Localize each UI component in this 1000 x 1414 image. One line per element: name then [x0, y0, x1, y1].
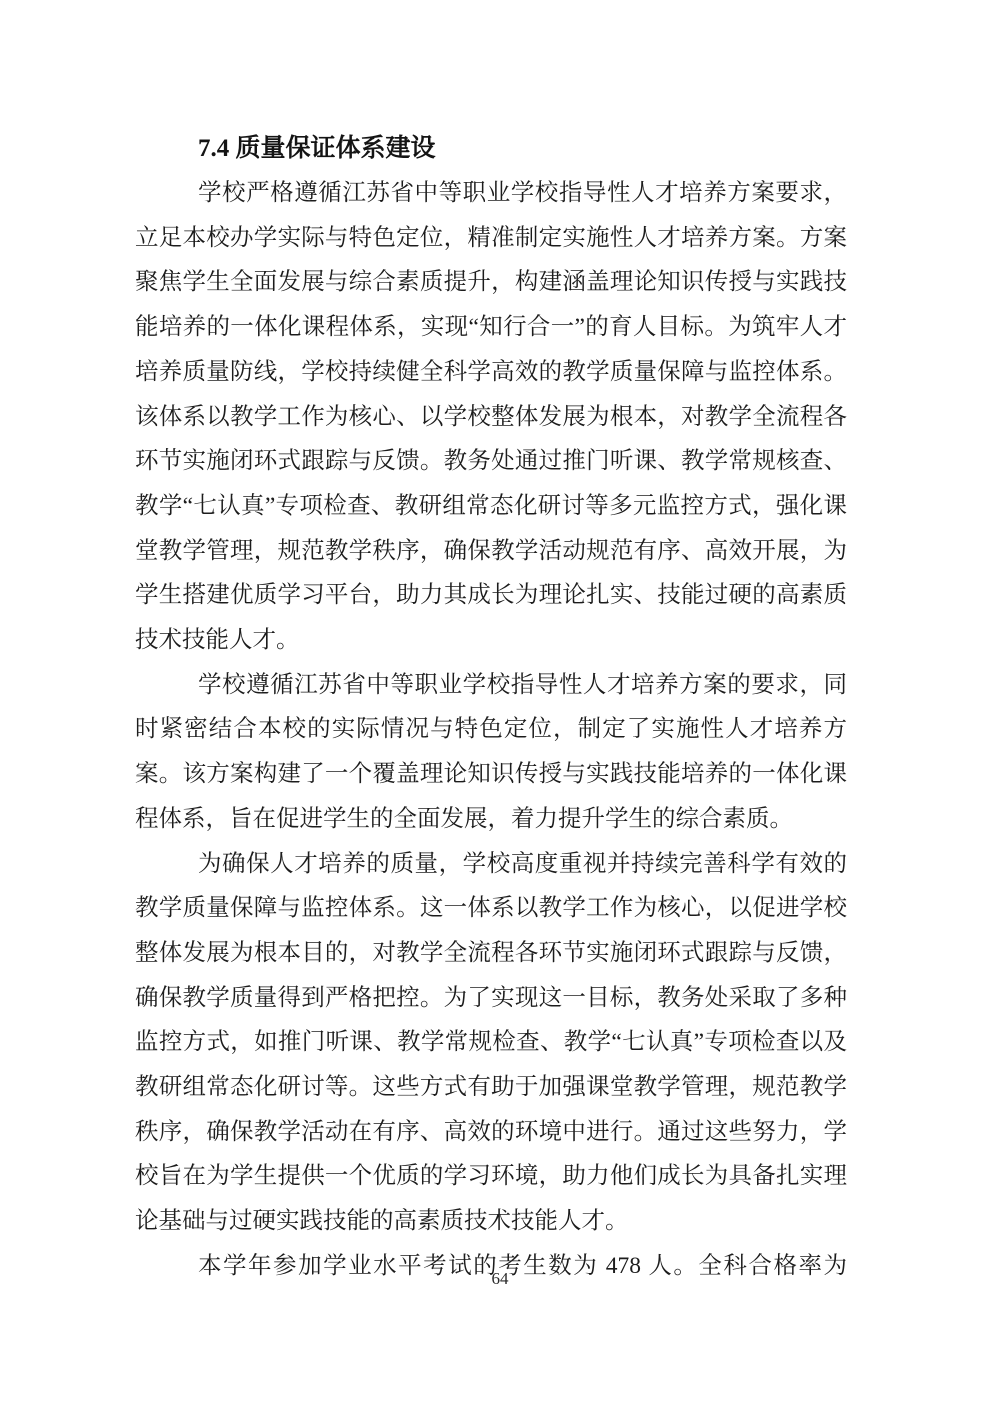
page-content: 7.4 质量保证体系建设 学校严格遵循江苏省中等职业学校指导性人才培养方案要求，…: [135, 126, 847, 1289]
paragraphs: 学校严格遵循江苏省中等职业学校指导性人才培养方案要求，立足本校办学实际与特色定位…: [135, 171, 847, 1289]
section-heading: 7.4 质量保证体系建设: [135, 126, 847, 171]
page-number: 64: [0, 1269, 1000, 1289]
paragraph: 为确保人才培养的质量，学校高度重视并持续完善科学有效的教学质量保障与监控体系。这…: [135, 842, 847, 1244]
document-page: 7.4 质量保证体系建设 学校严格遵循江苏省中等职业学校指导性人才培养方案要求，…: [0, 0, 1000, 1414]
paragraph: 学校严格遵循江苏省中等职业学校指导性人才培养方案要求，立足本校办学实际与特色定位…: [135, 171, 847, 663]
paragraph: 学校遵循江苏省中等职业学校指导性人才培养方案的要求，同时紧密结合本校的实际情况与…: [135, 663, 847, 842]
